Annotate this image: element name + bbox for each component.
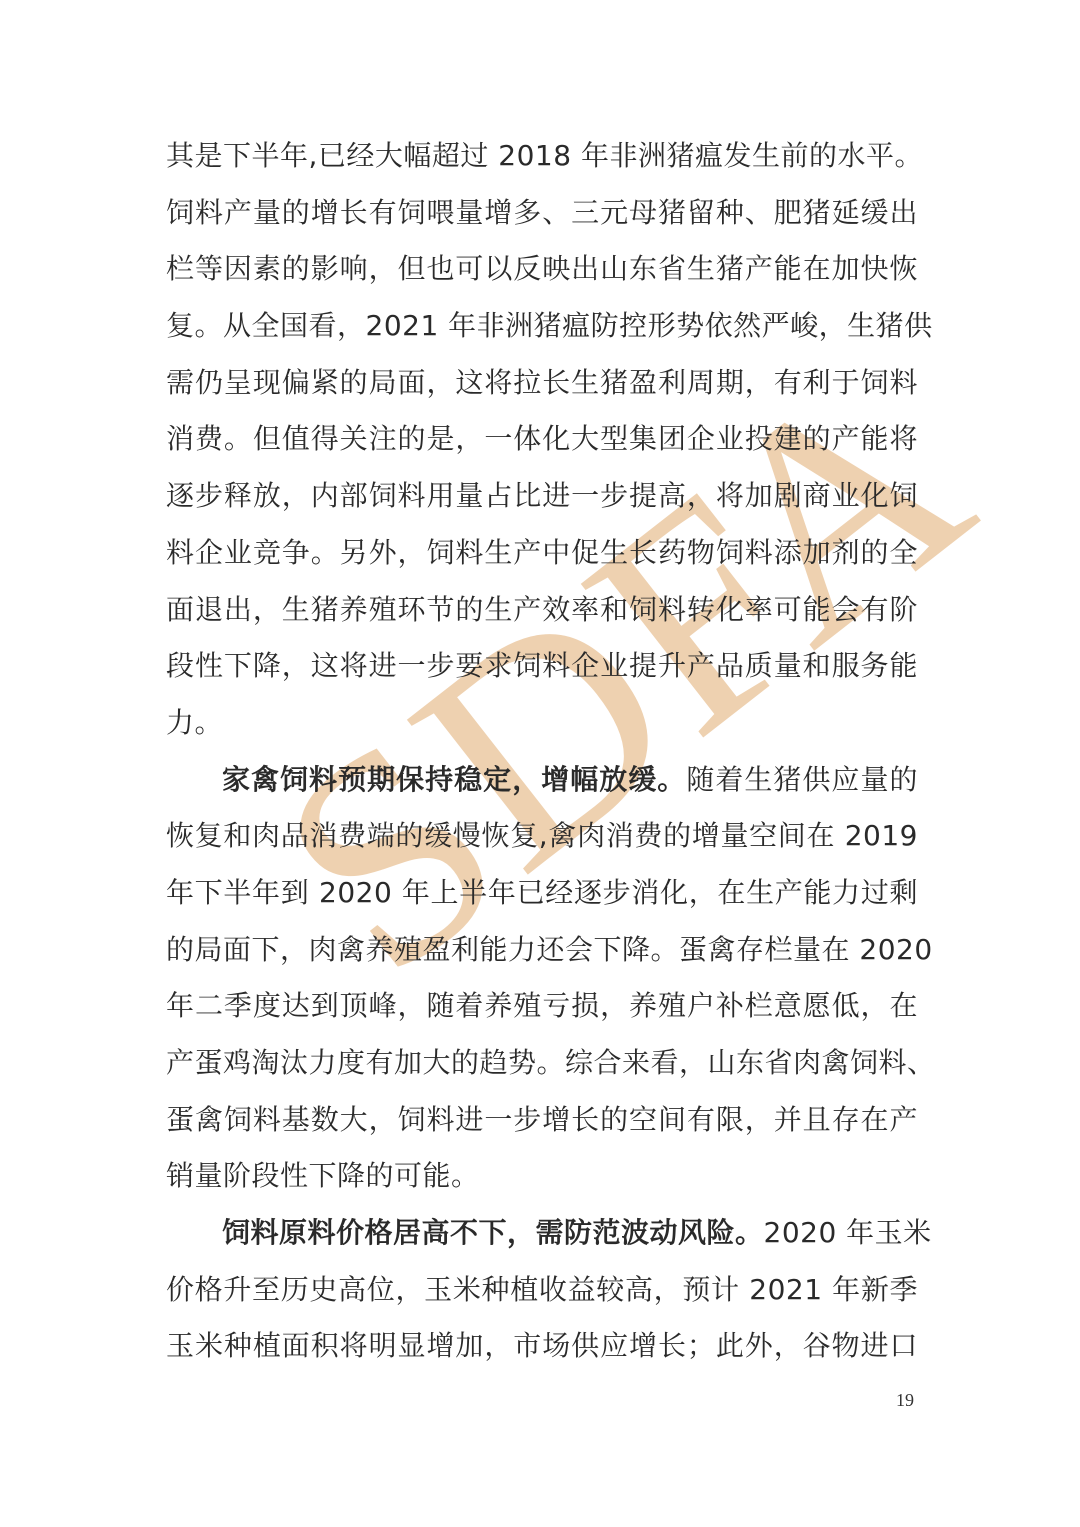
text-line: 栏等因素的影响，但也可以反映出山东省生猪产能在加快恢 xyxy=(166,241,918,298)
paragraph-raw-materials: 饲料原料价格居高不下，需防范波动风险。2020 年玉米 价格升至历史高位，玉米种… xyxy=(166,1205,918,1375)
text-line: 年下半年到 2020 年上半年已经逐步消化，在生产能力过剩 xyxy=(166,865,918,922)
text-line: 面退出，生猪养殖环节的生产效率和饲料转化率可能会有阶 xyxy=(166,582,918,639)
text-line: 消费。但值得关注的是，一体化大型集团企业投建的产能将 xyxy=(166,411,918,468)
text-line: 的局面下，肉禽养殖盈利能力还会下降。蛋禽存栏量在 2020 xyxy=(166,922,918,979)
text-line: 恢复和肉品消费端的缓慢恢复,禽肉消费的增量空间在 2019 xyxy=(166,808,918,865)
text-line: 逐步释放，内部饲料用量占比进一步提高，将加剧商业化饲 xyxy=(166,468,918,525)
body-text: 其是下半年,已经大幅超过 2018 年非洲猪瘟发生前的水平。 饲料产量的增长有饲… xyxy=(166,128,918,1375)
text-run: 2020 年玉米 xyxy=(764,1216,932,1249)
text-line: 价格升至历史高位，玉米种植收益较高，预计 2021 年新季 xyxy=(166,1262,918,1319)
document-page: SDFA 其是下半年,已经大幅超过 2018 年非洲猪瘟发生前的水平。 饲料产量… xyxy=(0,0,1080,1527)
paragraph-heading: 饲料原料价格居高不下，需防范波动风险。 xyxy=(222,1216,764,1249)
text-line: 其是下半年,已经大幅超过 2018 年非洲猪瘟发生前的水平。 xyxy=(166,128,918,185)
text-line: 力。 xyxy=(166,695,918,752)
text-line: 复。从全国看，2021 年非洲猪瘟防控形势依然严峻，生猪供 xyxy=(166,298,918,355)
text-line: 家禽饲料预期保持稳定，增幅放缓。随着生猪供应量的 xyxy=(166,752,918,809)
text-line: 销量阶段性下降的可能。 xyxy=(166,1148,918,1205)
paragraph-pig-feed: 其是下半年,已经大幅超过 2018 年非洲猪瘟发生前的水平。 饲料产量的增长有饲… xyxy=(166,128,918,752)
text-line: 产蛋鸡淘汰力度有加大的趋势。综合来看，山东省肉禽饲料、 xyxy=(166,1035,918,1092)
text-line: 蛋禽饲料基数大，饲料进一步增长的空间有限，并且存在产 xyxy=(166,1092,918,1149)
paragraph-heading: 家禽饲料预期保持稳定，增幅放缓。 xyxy=(222,763,686,796)
paragraph-poultry-feed: 家禽饲料预期保持稳定，增幅放缓。随着生猪供应量的 恢复和肉品消费端的缓慢恢复,禽… xyxy=(166,752,918,1206)
text-line: 年二季度达到顶峰，随着养殖亏损，养殖户补栏意愿低，在 xyxy=(166,978,918,1035)
text-line: 饲料原料价格居高不下，需防范波动风险。2020 年玉米 xyxy=(166,1205,918,1262)
text-line: 料企业竞争。另外，饲料生产中促生长药物饲料添加剂的全 xyxy=(166,525,918,582)
text-line: 段性下降，这将进一步要求饲料企业提升产品质量和服务能 xyxy=(166,638,918,695)
text-line: 饲料产量的增长有饲喂量增多、三元母猪留种、肥猪延缓出 xyxy=(166,185,918,242)
page-number: 19 xyxy=(896,1390,914,1411)
text-line: 玉米种植面积将明显增加，市场供应增长；此外，谷物进口 xyxy=(166,1318,918,1375)
text-run: 随着生猪供应量的 xyxy=(686,763,918,796)
text-line: 需仍呈现偏紧的局面，这将拉长生猪盈利周期，有利于饲料 xyxy=(166,355,918,412)
